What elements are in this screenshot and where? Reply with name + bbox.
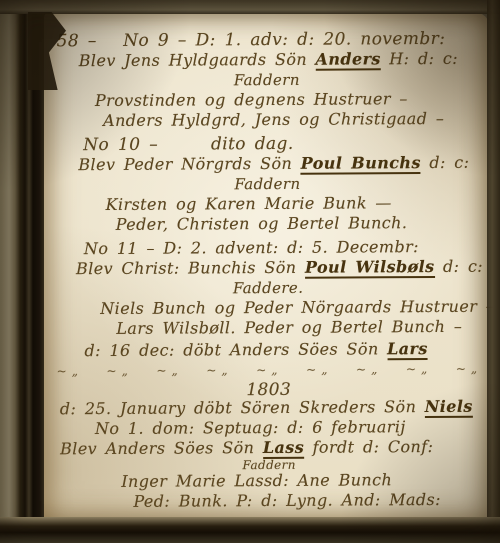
- underlined-name: Poul Bunchs: [301, 153, 421, 175]
- entry1-heading: No 1. dom: Septuag: d: 6 februarij: [55, 417, 483, 440]
- entry9-godparents-1: Provstinden og degnens Hustruer –: [53, 89, 481, 112]
- text-segment: d: c:: [434, 257, 483, 276]
- frame-edge-right: [487, 0, 500, 543]
- entry10-godparents-2: Peder, Christen og Bertel Bunch.: [54, 213, 482, 236]
- text-segment: Blev Christ: Bunchis Sön: [76, 258, 305, 278]
- text-segment: Faddern: [234, 71, 300, 89]
- text-segment: Blev Peder Nörgrds Sön: [78, 154, 300, 174]
- text-segment: d: c:: [421, 153, 470, 172]
- text-segment: Peder, Christen og Bertel Bunch.: [116, 213, 408, 234]
- text-segment: H: d: c:: [381, 49, 458, 68]
- entry11-godparents-1: Niels Bunch og Peder Nörgaards Hustruer …: [54, 297, 482, 320]
- entry11-heading: No 11 – D: 2. advent: d: 5. Decembr:: [54, 237, 482, 260]
- entry9-godparents-2: Anders Hyldgrd, Jens og Christigaad –: [53, 109, 481, 132]
- entry11-godparents-2: Lars Wilsbøll. Peder og Bertel Bunch –: [54, 317, 482, 340]
- entry11-baptism: Blev Christ: Bunchis Sön Poul Wilsbøls d…: [54, 257, 482, 280]
- text-segment: Blev Jens Hyldgaards Sön: [79, 50, 316, 70]
- text-segment: Lars Wilsbøll. Peder og Bertel Bunch –: [116, 317, 462, 338]
- entry9-godparents-heading: Faddern: [53, 69, 481, 92]
- text-segment: Inger Marie Lassd: Ane Bunch: [121, 470, 392, 491]
- january-note: d: 25. January döbt Sören Skreders Sön N…: [55, 397, 483, 420]
- manuscript-paper: 58 – No 9 – D: 1. adv: d: 20. novembr:Bl…: [44, 12, 490, 522]
- text-segment: fordt d: Conf:: [304, 437, 433, 457]
- entry9-baptism: Blev Jens Hyldgaards Sön Anders H: d: c:: [53, 49, 481, 72]
- text-segment: Faddere.: [233, 279, 304, 297]
- manuscript-lines: 58 – No 9 – D: 1. adv: d: 20. novembr:Bl…: [42, 11, 491, 524]
- underlined-name: Anders: [315, 49, 380, 70]
- frame-edge-top: [0, 0, 500, 14]
- entry10-baptism: Blev Peder Nörgrds Sön Poul Bunchs d: c:: [53, 153, 481, 176]
- text-segment: d: 25. January döbt Sören Skreders Sön: [60, 397, 425, 418]
- section-divider: ~„ ~„ ~„ ~„ ~„ ~„ ~„ ~„ ~„ ~„ ~„ ~„: [55, 359, 483, 382]
- frame-edge-bottom: [0, 517, 500, 543]
- text-segment: No 10 – dito dag.: [83, 134, 293, 155]
- text-segment: Provstinden og degnens Hustruer –: [95, 89, 408, 110]
- text-segment: Faddern: [234, 175, 300, 193]
- text-segment: No 9 – D: 1. adv: d: 20. novembr:: [97, 29, 446, 51]
- text-segment: No 1. dom: Septuag: d: 6 februarij: [95, 417, 406, 438]
- underlined-name: Poul Wilsbøls: [305, 257, 435, 279]
- text-segment: Kirsten og Karen Marie Bunk —: [106, 193, 392, 214]
- text-segment: ~„ ~„ ~„ ~„ ~„ ~„ ~„ ~„ ~„ ~„ ~„ ~„: [57, 361, 500, 379]
- entry1-godparents-1: Inger Marie Lassd: Ane Bunch: [55, 470, 483, 493]
- entry11-godparents-heading: Faddere.: [54, 277, 482, 300]
- text-segment: d: 16 dec: döbt Anders Söes Sön: [84, 339, 387, 360]
- text-segment: No 11 – D: 2. advent: d: 5. Decembr:: [84, 237, 419, 258]
- text-segment: Blev Anders Söes Sön: [60, 438, 263, 458]
- entry1-godparents-2: Ped: Bunk. P: d: Lyng. And: Mads:: [55, 490, 483, 513]
- text-segment: Niels Bunch og Peder Nörgaards Hustruer …: [100, 297, 494, 318]
- text-segment: Ped: Bunk. P: d: Lyng. And: Mads:: [133, 490, 441, 511]
- scanned-register-photo: 58 – No 9 – D: 1. adv: d: 20. novembr:Bl…: [0, 0, 500, 543]
- underlined-name: Lars: [387, 339, 428, 360]
- entry9-heading: 58 – No 9 – D: 1. adv: d: 20. novembr:: [53, 29, 481, 52]
- underlined-name: Niels: [425, 397, 473, 418]
- text-segment: Anders Hyldgrd, Jens og Christigaad –: [103, 109, 444, 130]
- entry10-heading: No 10 – dito dag.: [53, 133, 481, 156]
- december-note: d: 16 dec: döbt Anders Söes Sön Lars: [54, 339, 482, 362]
- entry10-godparents-1: Kirsten og Karen Marie Bunk —: [54, 193, 482, 216]
- entry10-godparents-heading: Faddern: [53, 173, 481, 196]
